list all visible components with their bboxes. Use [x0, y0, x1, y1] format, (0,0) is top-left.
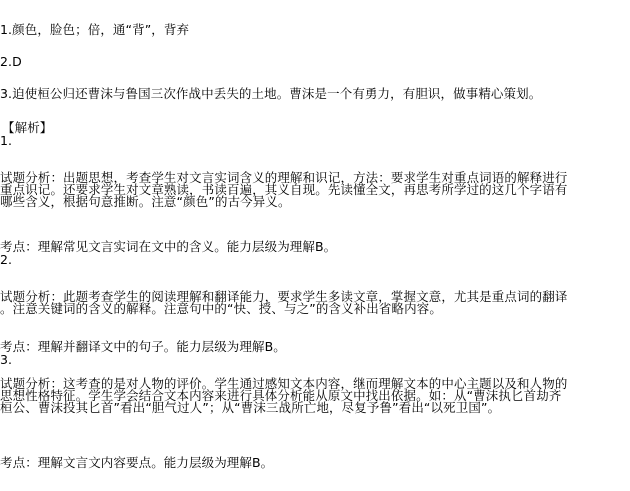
- section-1-analysis: 试题分析：出题思想，考查学生对文言实词含义的理解和识记，方法：要求学生对重点词语…: [0, 172, 630, 208]
- section-2-analysis: 试题分析：此题考查学生的阅读理解和翻译能力，要求学生多读文章，掌握文意，尤其是重…: [0, 291, 630, 315]
- analysis-line: 哪些含义，根据句意推断。注意“颜色”的古今异义。: [0, 196, 628, 208]
- section-2-kaodian: 考点：理解并翻译文中的句子。能力层级为理解B。: [0, 340, 286, 354]
- section-2-number: 2.: [0, 253, 12, 267]
- analysis-line: 桓公、曹沫投其匕首”看出“胆气过人”；从“曹沫三战所亡地，尽复予鲁”看出“以死卫…: [0, 402, 628, 414]
- section-3-kaodian: 考点：理解文言文内容要点。能力层级为理解B。: [0, 456, 273, 470]
- answer-3: 3.迫使桓公归还曹沫与鲁国三次作战中丢失的土地。曹沫是一个有勇力，有胆识，做事精…: [0, 87, 541, 101]
- analysis-line: 。注意关键词的含义的解释。注意句中的“快、授、与之”的含义补出省略内容。: [0, 303, 628, 315]
- section-3-number: 3.: [0, 353, 12, 367]
- section-1-number: 1.: [0, 134, 12, 148]
- section-3-analysis: 试题分析：这考查的是对人物的评价。学生通过感知文本内容，继而理解文本的中心主题以…: [0, 378, 630, 414]
- section-1-kaodian: 考点：理解常见文言实词在文中的含义。能力层级为理解B。: [0, 240, 336, 254]
- answer-1: 1.颜色，脸色；倍，通“背”，背弃: [0, 23, 189, 37]
- answer-2: 2.D: [0, 55, 22, 69]
